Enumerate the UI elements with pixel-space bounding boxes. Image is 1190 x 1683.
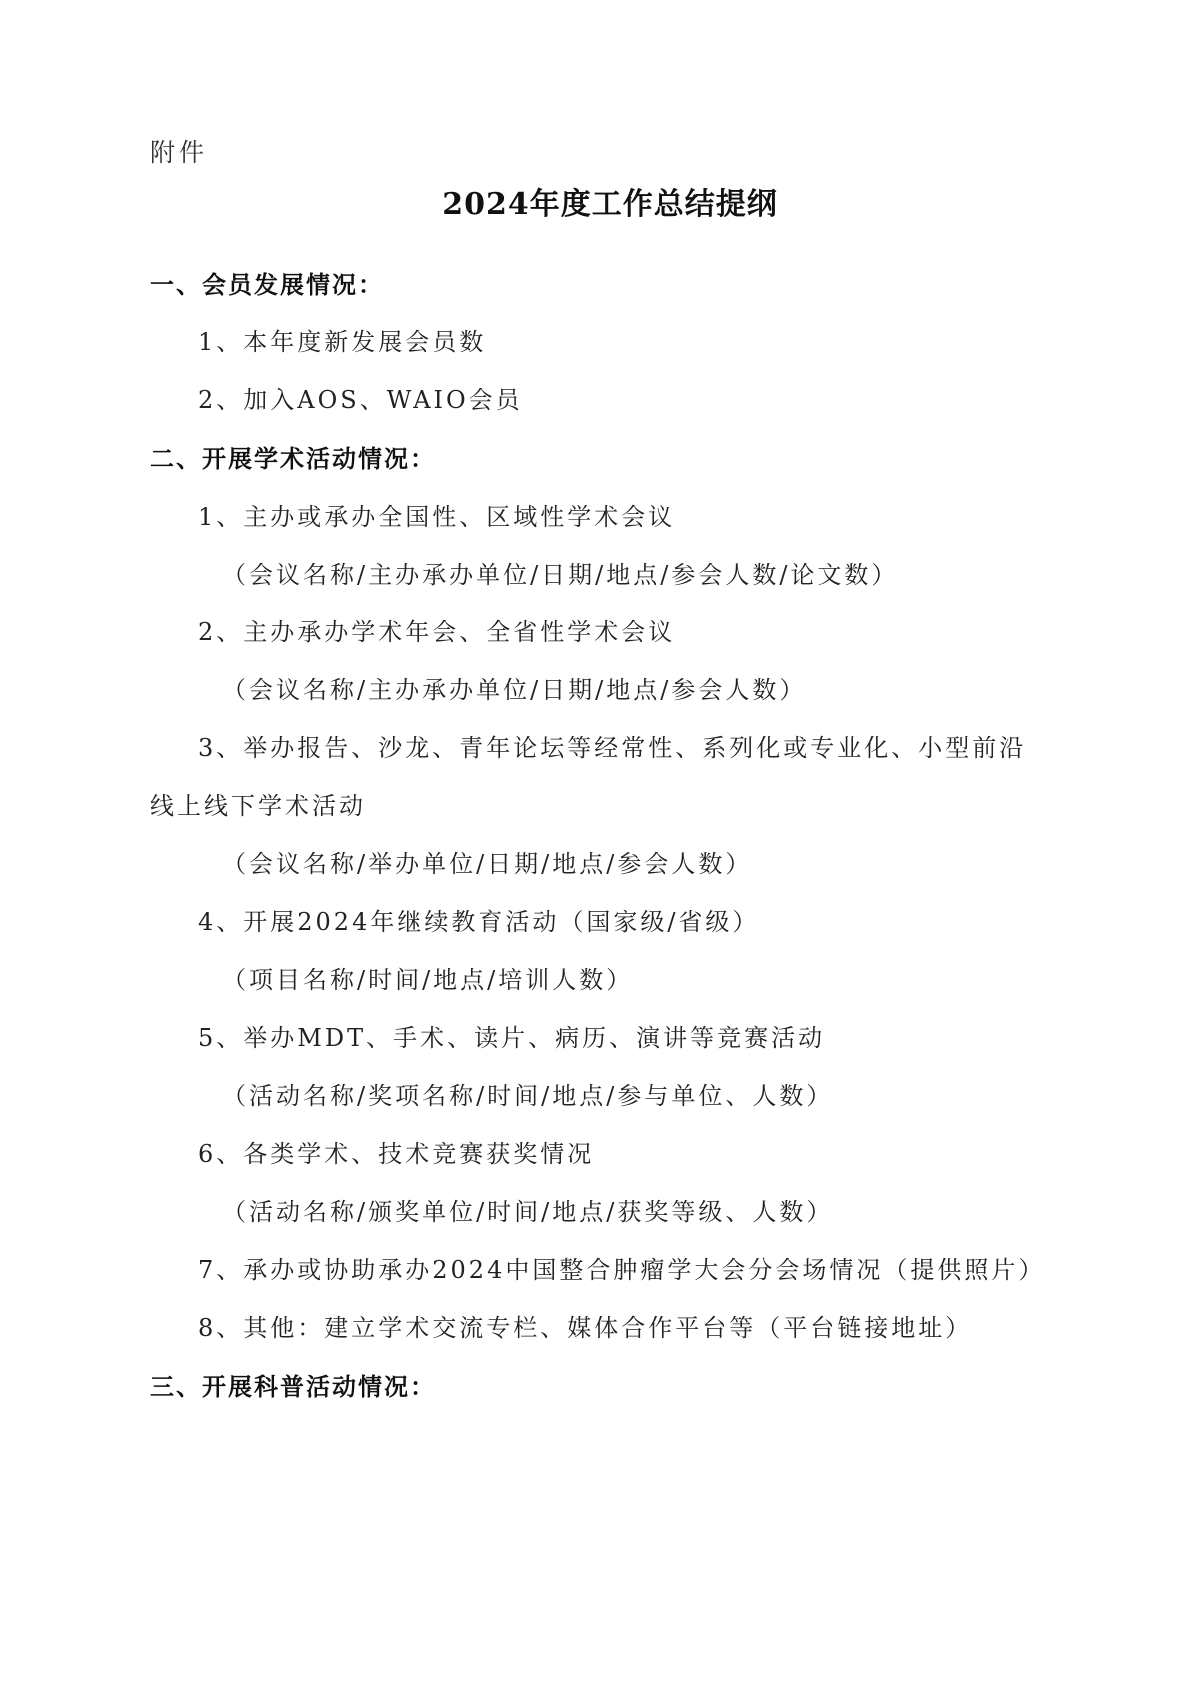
document-title: 2024年度工作总结提纲 [0,186,1190,224]
list-item: 6、各类学术、技术竞赛获奖情况 [198,1139,594,1169]
list-item-note: （活动名称/颁奖单位/时间/地点/获奖等级、人数） [222,1197,833,1227]
attachment-label: 附件 [150,138,208,168]
list-item: 2、加入AOS、WAIO会员 [198,385,523,415]
list-item-note: （会议名称/举办单位/日期/地点/参会人数） [222,849,752,879]
list-item: 4、开展2024年继续教育活动（国家级/省级） [198,907,759,937]
section-heading-science-popularization: 三、开展科普活动情况： [150,1372,436,1402]
section-heading-academic: 二、开展学术活动情况： [150,444,436,474]
list-item-continuation: 线上线下学术活动 [150,791,366,821]
list-item: 7、承办或协助承办2024中国整合肿瘤学大会分会场情况（提供照片） [198,1255,1045,1285]
list-item-note: （会议名称/主办承办单位/日期/地点/参会人数/论文数） [222,560,898,590]
list-item-note: （活动名称/奖项名称/时间/地点/参与单位、人数） [222,1081,833,1111]
list-item: 2、主办承办学术年会、全省性学术会议 [198,617,675,647]
list-item-note: （会议名称/主办承办单位/日期/地点/参会人数） [222,675,806,705]
list-item: 1、本年度新发展会员数 [198,327,486,357]
list-item: 8、其他：建立学术交流专栏、媒体合作平台等（平台链接地址） [198,1313,972,1343]
section-heading-membership: 一、会员发展情况： [150,270,384,300]
list-item: 3、举办报告、沙龙、青年论坛等经常性、系列化或专业化、小型前沿 [198,733,1026,763]
list-item-note: （项目名称/时间/地点/培训人数） [222,965,633,995]
document-page: 附件 2024年度工作总结提纲 一、会员发展情况： 1、本年度新发展会员数 2、… [0,0,1190,1683]
list-item: 1、主办或承办全国性、区域性学术会议 [198,502,675,532]
list-item: 5、举办MDT、手术、读片、病历、演讲等竞赛活动 [198,1023,825,1053]
